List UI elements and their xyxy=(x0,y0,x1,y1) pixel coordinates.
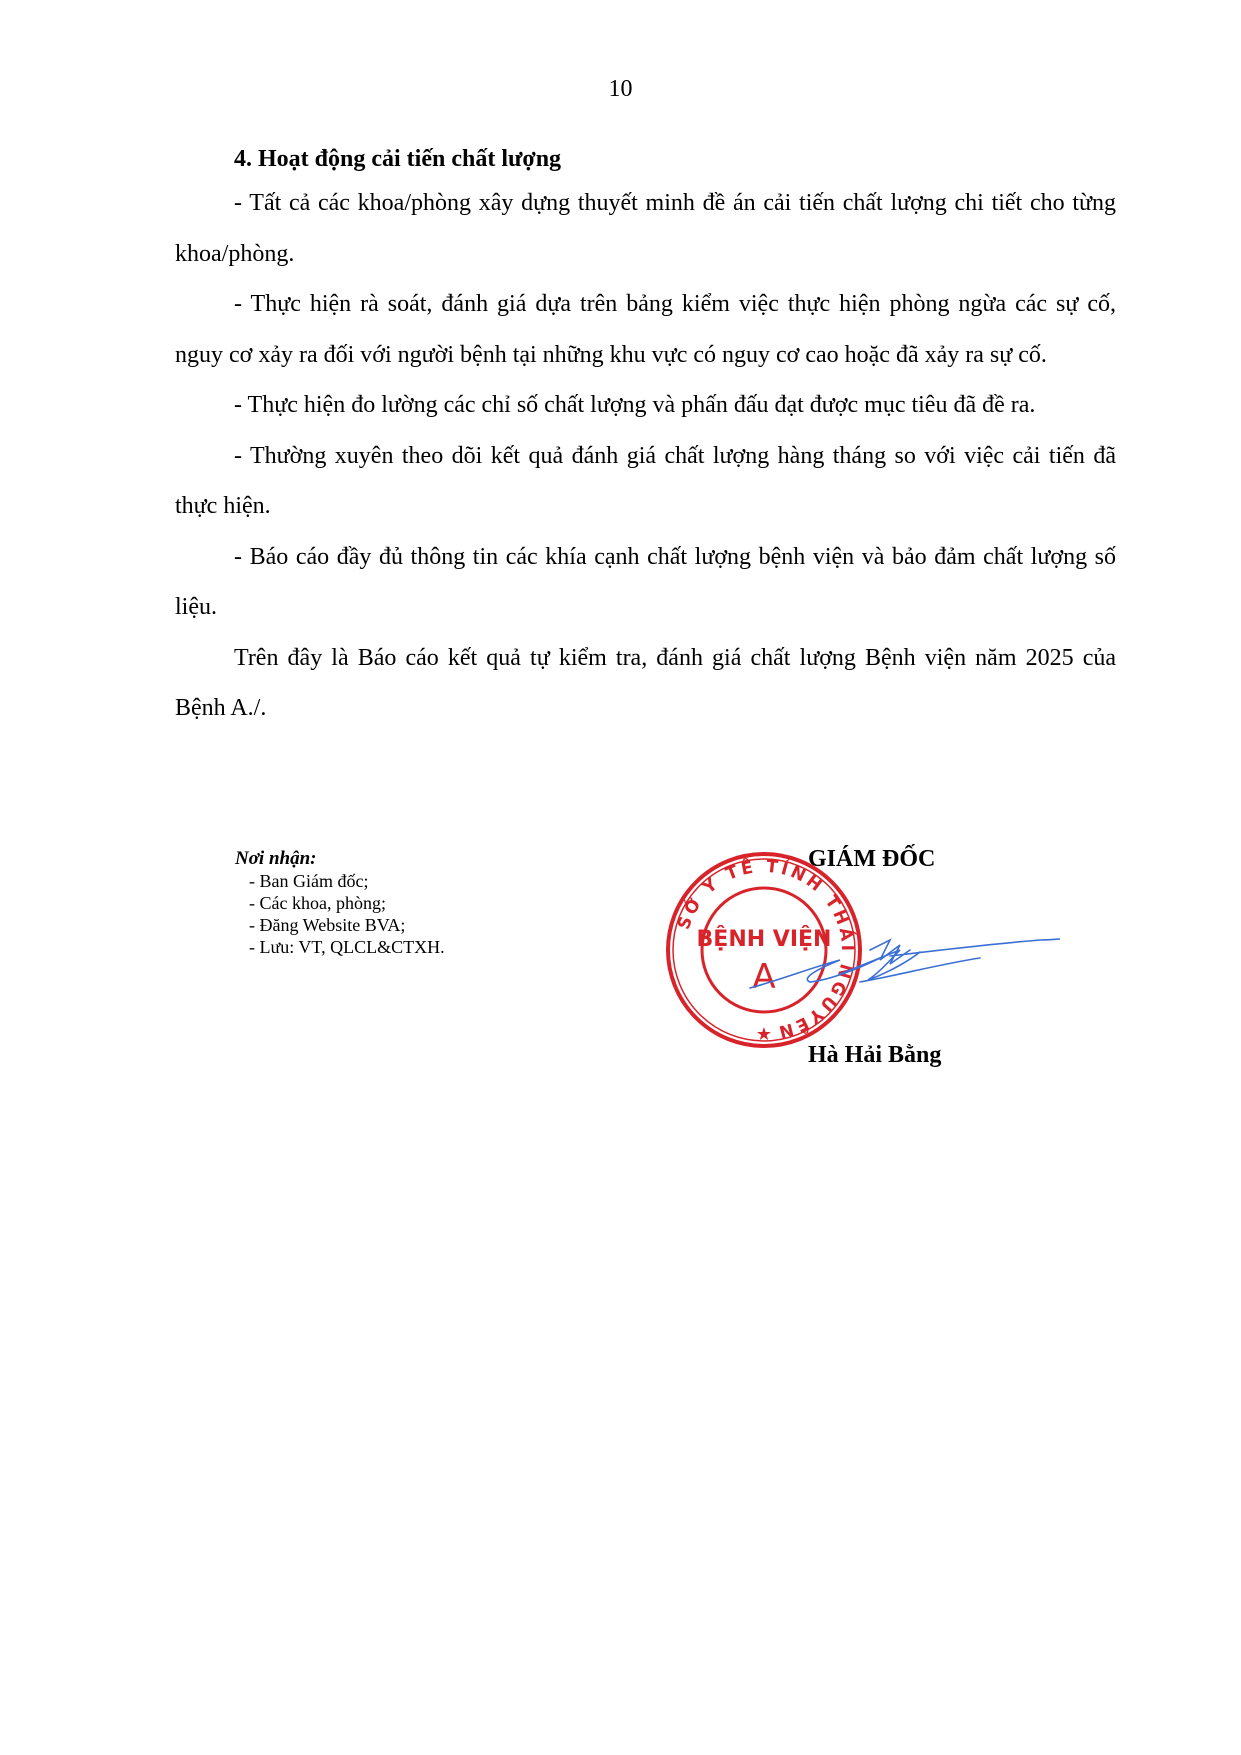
section-title: 4. Hoạt động cải tiến chất lượng xyxy=(175,140,1116,178)
signature-icon xyxy=(740,930,1060,1000)
recipient-item: - Đăng Website BVA; xyxy=(235,914,445,936)
page-number: 10 xyxy=(0,76,1241,103)
paragraph: - Tất cả các khoa/phòng xây dựng thuyết … xyxy=(175,178,1116,279)
signatory-title: GIÁM ĐỐC xyxy=(808,846,935,873)
signer-name: Hà Hải Bằng xyxy=(808,1042,941,1069)
recipient-item: - Các khoa, phòng; xyxy=(235,892,445,914)
svg-text:★: ★ xyxy=(756,1024,772,1045)
closing-paragraph: Trên đây là Báo cáo kết quả tự kiểm tra,… xyxy=(175,633,1116,734)
recipients-block: Nơi nhận: - Ban Giám đốc; - Các khoa, ph… xyxy=(235,848,445,958)
paragraph: - Thường xuyên theo dõi kết quả đánh giá… xyxy=(175,431,1116,532)
recipients-label: Nơi nhận: xyxy=(235,848,445,870)
document-body: 4. Hoạt động cải tiến chất lượng - Tất c… xyxy=(175,140,1116,734)
paragraph: - Báo cáo đầy đủ thông tin các khía cạnh… xyxy=(175,532,1116,633)
paragraph: - Thực hiện rà soát, đánh giá dựa trên b… xyxy=(175,279,1116,380)
recipient-item: - Ban Giám đốc; xyxy=(235,870,445,892)
paragraph: - Thực hiện đo lường các chỉ số chất lượ… xyxy=(175,380,1116,431)
recipient-item: - Lưu: VT, QLCL&CTXH. xyxy=(235,936,445,958)
